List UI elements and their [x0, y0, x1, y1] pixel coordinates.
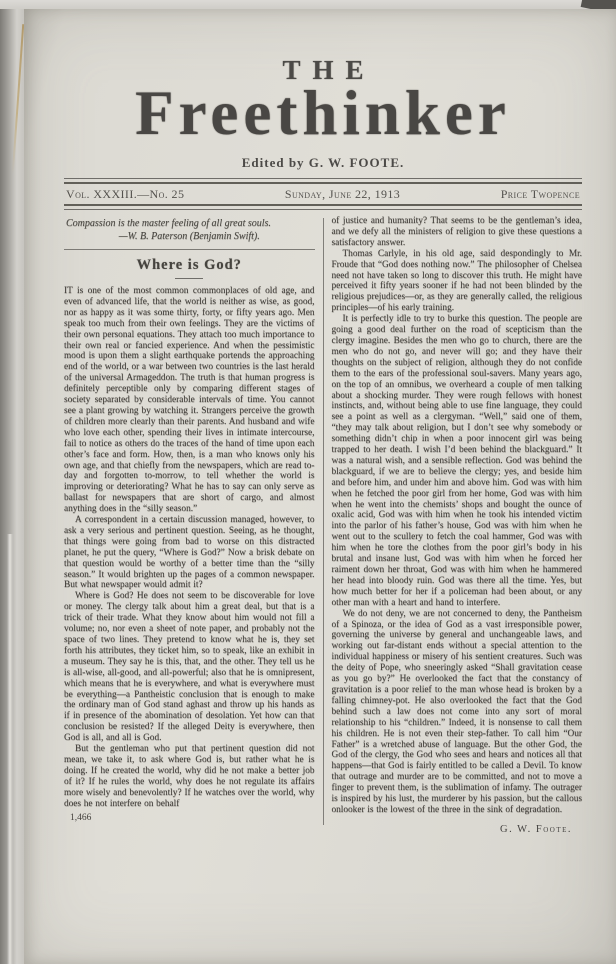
article-paragraph: But the gentleman who put that pertinent… — [64, 744, 315, 809]
epigraph-rule — [64, 249, 315, 250]
issue-line: Vol. XXXIII.—No. 25 Sunday, June 22, 191… — [64, 184, 582, 204]
epigraph-quote: Compassion is the master feeling of all … — [66, 218, 271, 229]
page-stack-edge — [7, 534, 13, 964]
issue-date: Sunday, June 22, 1913 — [184, 187, 500, 202]
article-paragraph: IT is one of the most common commonplace… — [64, 286, 315, 515]
newspaper-page: THE Freethinker Edited by G. W. FOOTE. V… — [24, 9, 616, 964]
article-paragraph: of justice and humanity? That seems to b… — [332, 216, 583, 249]
issue-price: Price Twopence — [501, 187, 580, 202]
author-signature: G. W. Foote. — [332, 824, 583, 835]
article-title: Where is God? — [64, 257, 315, 274]
title-dash-rule — [175, 278, 203, 279]
masthead-editor-line: Edited by G. W. FOOTE. — [64, 155, 582, 171]
page-content: THE Freethinker Edited by G. W. FOOTE. V… — [24, 9, 616, 835]
right-column: of justice and humanity? That seems to b… — [332, 216, 583, 835]
column-divider-rule — [323, 218, 324, 825]
epigraph-attribution: —W. B. Paterson (Benjamin Swift). — [66, 231, 313, 243]
volume-number: Vol. XXXIII.—No. 25 — [66, 187, 184, 202]
article-paragraph: Thomas Carlyle, in his old age, said des… — [332, 249, 583, 314]
article-paragraph: A correspondent in a certain discussion … — [64, 515, 315, 591]
folio-number: 1,466 — [64, 813, 315, 823]
article-paragraph: Where is God? He does not seem to be dis… — [64, 591, 315, 744]
scanned-newspaper-page: { "masthead": { "kicker": "THE", "title"… — [0, 0, 616, 964]
left-column: Compassion is the master feeling of all … — [64, 216, 315, 835]
article-paragraph: It is perfectly idle to try to burke thi… — [332, 314, 583, 608]
epigraph: Compassion is the master feeling of all … — [64, 216, 315, 243]
article-paragraph: We do not deny, we are not concerned to … — [332, 609, 583, 816]
double-rule-bottom — [64, 204, 582, 210]
masthead-title: Freethinker — [64, 82, 582, 145]
article-columns: Compassion is the master feeling of all … — [64, 216, 582, 835]
